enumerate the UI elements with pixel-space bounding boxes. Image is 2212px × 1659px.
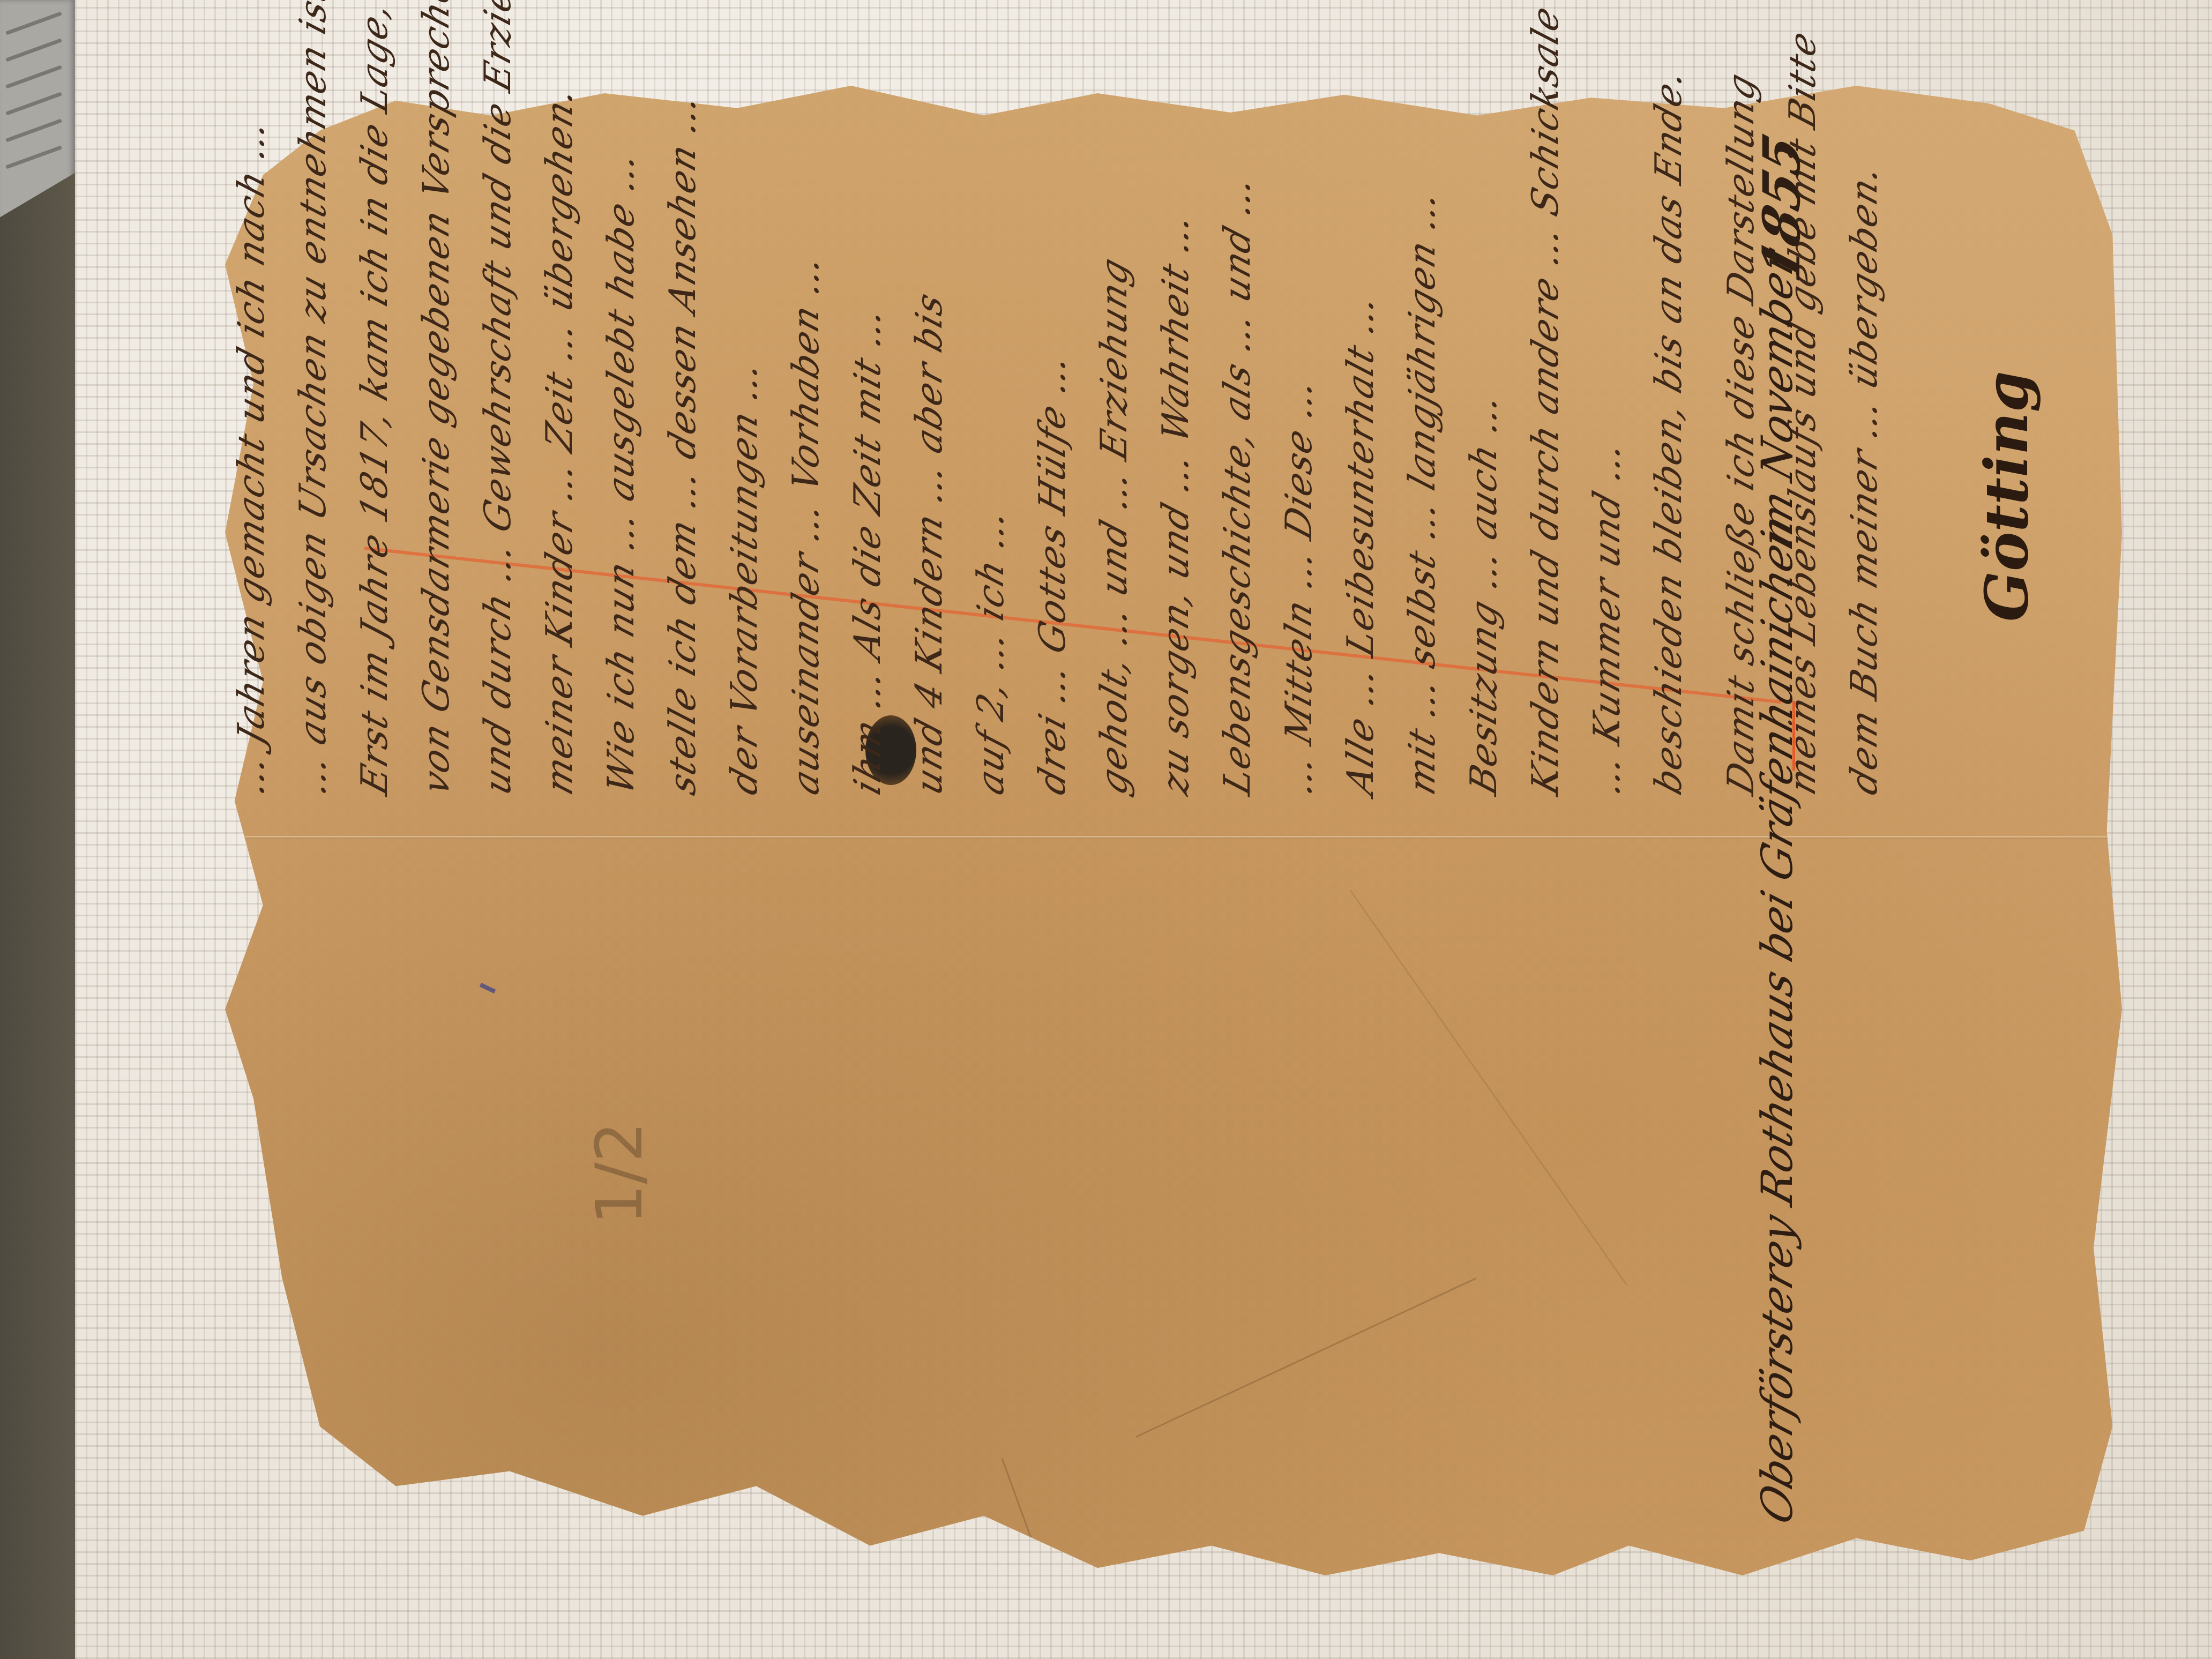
text-line: der Vorarbeitungen … [723, 355, 766, 800]
text-line: mit … selbst … langjährigen … [1401, 184, 1444, 800]
text-line: … Mitteln … Diese … [1278, 372, 1320, 800]
text-line: Lebensgeschichte, als … und … [1216, 170, 1259, 800]
text-line: Wie ich nun … ausgelebt habe … [600, 146, 642, 800]
crease [1350, 890, 1628, 1286]
handwritten-body: … Jahren gemacht und ich nach … … aus ob… [230, 54, 1945, 793]
text-line: drei … Gottes Hülfe … [1032, 348, 1074, 799]
text-line: … Kummer und … [1586, 435, 1628, 799]
dark-background-strip [0, 0, 75, 1659]
text-line: dem Buch meiner … übergeben. [1843, 159, 1886, 800]
text-line: beschieden bleiben, bis an das Ende. [1648, 63, 1690, 800]
text-line: Besitzung … auch … [1463, 387, 1505, 800]
horizontal-fold [225, 836, 2122, 839]
text-line: … aus obigen Ursachen zu entnehmen ist. [292, 0, 334, 800]
blue-ink-mark [480, 983, 496, 993]
text-line: auf 2, … ich … [970, 503, 1012, 800]
text-line: meiner Kinder … Zeit … übergehen. [539, 81, 581, 800]
month: im November [1752, 244, 1802, 555]
text-line: auseinander … Vorhaben … [785, 249, 827, 799]
text-line: geholt, … und … Erziehung [1093, 252, 1135, 800]
text-line: … Jahren gemacht und ich nach … [230, 114, 273, 799]
place-name: Oberförsterey Rothehaus [1752, 964, 1802, 1530]
text-line: ihm … Als die Zeit mit … [847, 301, 889, 800]
text-line: und 4 Kindern … aber bis [908, 287, 951, 800]
printed-page-corner [0, 0, 75, 279]
crease [1135, 1277, 1476, 1438]
text-line: zu sorgen, und … Wahrheit … [1155, 207, 1197, 800]
text-line: Erst im Jahre 1817, kam ich in die Lage,… [354, 0, 396, 800]
signature: Götting [1972, 371, 2041, 622]
pencil-margin-note: 1/2 [582, 1122, 657, 1225]
text-line: Alle … Leibesunterhalt … [1340, 289, 1382, 800]
text-line: stelle ich dem … dessen Ansehen … [662, 88, 704, 800]
town-name: bei Gräfenhainichen [1752, 509, 1802, 967]
text-line: und durch … Gewehrschaft und die Erziehu… [477, 0, 519, 800]
year: 1855 [1752, 128, 1812, 288]
text-line: von Gensdarmerie gegebenen Versprechen z… [415, 0, 458, 800]
text-line: Kindern und durch andere … Schicksale … [1525, 0, 1567, 800]
